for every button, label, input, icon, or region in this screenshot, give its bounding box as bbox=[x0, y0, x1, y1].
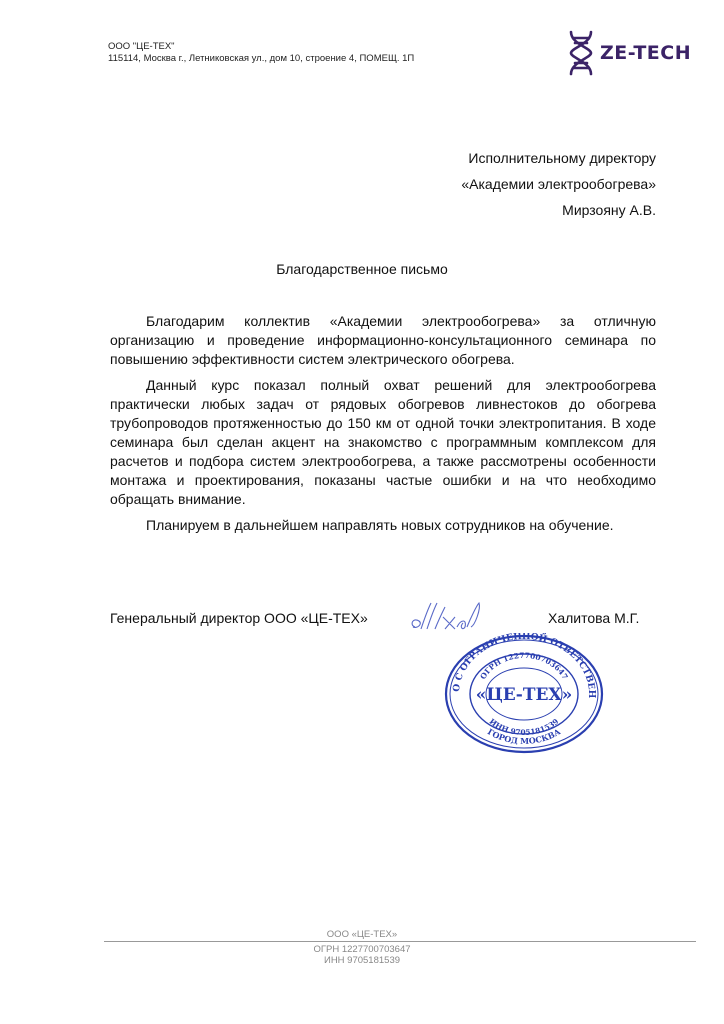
handwritten-signature bbox=[405, 597, 500, 637]
company-seal: ОБЩЕСТВО С ОГРАНИЧЕННОЙ ОТВЕТСТВЕННОСТЬЮ… bbox=[443, 633, 605, 755]
addressee-position: Исполнительному директору bbox=[461, 145, 656, 171]
stamp-center: «ЦЕ-ТЕХ» bbox=[476, 685, 573, 705]
letterhead-address-block: ООО "ЦЕ-ТЕХ" 115114, Москва г., Летников… bbox=[108, 41, 414, 65]
body-paragraph: Данный курс показал полный охват решений… bbox=[110, 376, 656, 509]
letter-body: Благодарим коллектив «Академии электрооб… bbox=[110, 312, 656, 542]
svg-text:ОГРН 1227700703647: ОГРН 1227700703647 bbox=[478, 651, 569, 681]
logo-text: ZE-TECH bbox=[600, 42, 691, 64]
signatory-title: Генеральный директор ООО «ЦЕ-ТЕХ» bbox=[110, 610, 368, 626]
addressee-organization: «Академии электрообогрева» bbox=[461, 171, 656, 197]
footer-company: ООО «ЦЕ-ТЕХ» bbox=[0, 929, 724, 940]
dna-icon bbox=[566, 30, 596, 76]
signatory-name: Халитова М.Г. bbox=[548, 610, 639, 626]
footer-ogrn: ОГРН 1227700703647 bbox=[0, 944, 724, 955]
letterhead-address: 115114, Москва г., Летниковская ул., дом… bbox=[108, 53, 414, 65]
stamp-ogrn: ОГРН 1227700703647 bbox=[478, 651, 569, 681]
letter-title: Благодарственное письмо bbox=[0, 261, 724, 277]
body-paragraph: Планируем в дальнейшем направлять новых … bbox=[110, 516, 656, 535]
footer-inn: ИНН 9705181539 bbox=[0, 955, 724, 966]
addressee-block: Исполнительному директору «Академии элек… bbox=[461, 145, 656, 223]
company-logo: ZE-TECH bbox=[566, 30, 691, 76]
footer-divider bbox=[104, 941, 696, 942]
footer-registration: ОГРН 1227700703647 ИНН 9705181539 bbox=[0, 944, 724, 966]
addressee-name: Мирзояну А.В. bbox=[461, 197, 656, 223]
body-paragraph: Благодарим коллектив «Академии электрооб… bbox=[110, 312, 656, 369]
letterhead-company: ООО "ЦЕ-ТЕХ" bbox=[108, 41, 414, 53]
